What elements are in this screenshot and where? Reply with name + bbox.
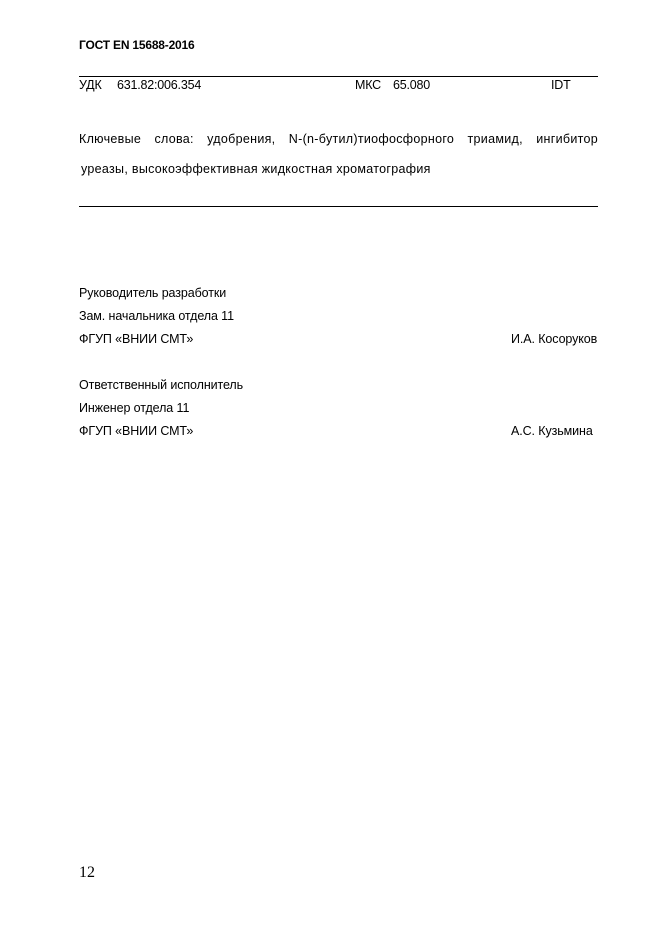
- keywords-rule: [79, 206, 598, 207]
- mks-label: МКС: [355, 78, 381, 92]
- udk-label: УДК: [79, 78, 102, 92]
- keywords-line-2: уреазы, высокоэффективная жидкостная хро…: [81, 162, 431, 176]
- udk-value: 631.82:006.354: [117, 78, 201, 92]
- standard-code-header: ГОСТ EN 15688-2016: [79, 38, 194, 52]
- mks-value: 65.080: [393, 78, 430, 92]
- top-rule: [79, 76, 598, 77]
- signature-name: И.А. Косоруков: [511, 332, 597, 346]
- signature-position: Зам. начальника отдела 11: [79, 309, 234, 323]
- signature-role: Руководитель разработки: [79, 286, 226, 300]
- keywords-line-1: Ключевые слова: удобрения, N-(n-бутил)ти…: [79, 132, 598, 146]
- signature-role: Ответственный исполнитель: [79, 378, 243, 392]
- signature-organization: ФГУП «ВНИИ СМТ»: [79, 332, 193, 346]
- signature-position: Инженер отдела 11: [79, 401, 189, 415]
- page-number: 12: [79, 864, 95, 882]
- signature-name: А.С. Кузьмина: [511, 424, 593, 438]
- equivalence-degree: IDT: [551, 78, 571, 92]
- signature-organization: ФГУП «ВНИИ СМТ»: [79, 424, 193, 438]
